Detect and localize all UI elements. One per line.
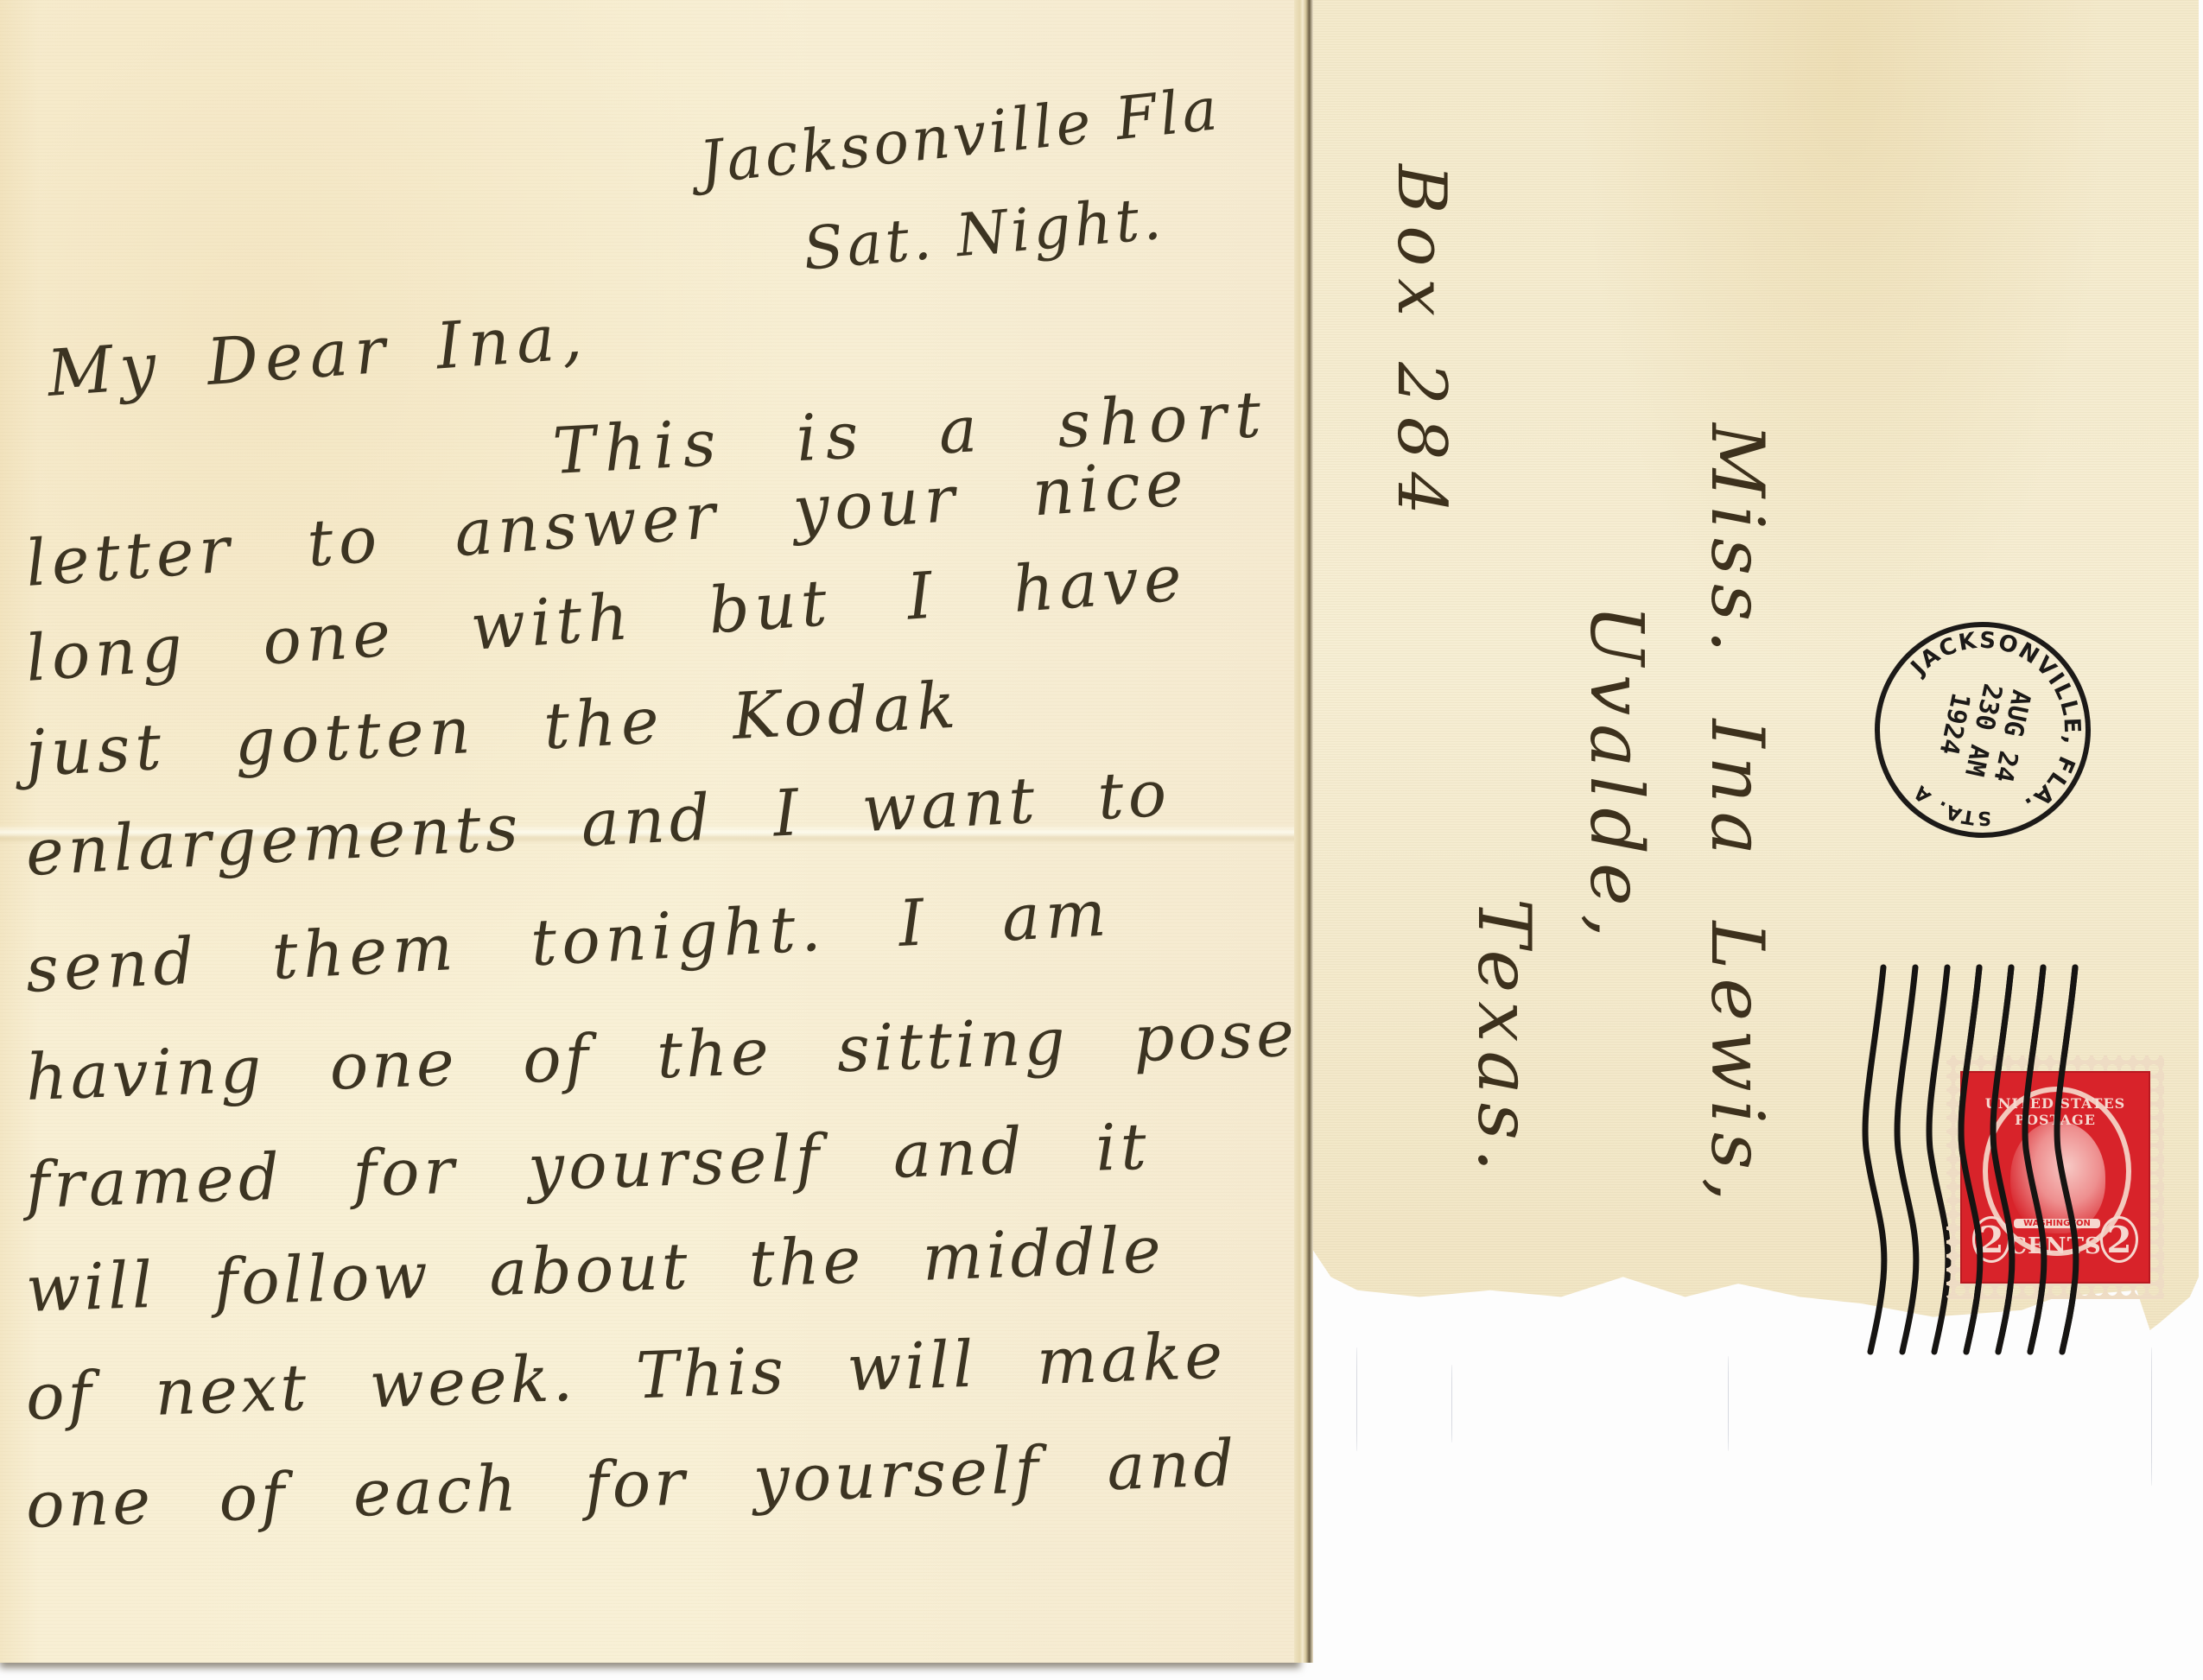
background-fiber — [1728, 1356, 1729, 1451]
stamp-portrait-icon — [2010, 1121, 2105, 1233]
background-fiber — [1451, 1365, 1452, 1442]
letter-line: of next week. This will make — [24, 1319, 1227, 1435]
letter-page: Jacksonville Fla Sat. Night. My Dear Ina… — [0, 0, 1300, 1663]
envelope-recipient-name: Miss. Ina Lewis, — [1695, 423, 1780, 1210]
letter-line: having one of the sitting pose — [24, 997, 1298, 1115]
letter-day: Sat. Night. — [801, 185, 1167, 284]
background-fiber — [2151, 1347, 2152, 1486]
stamp-portrait-label: WASHINGTON — [2014, 1219, 2100, 1228]
envelope-state: Texas. — [1462, 898, 1546, 1180]
postage-stamp: UNITED STATES POSTAGE WASHINGTON 2 2 CEN… — [1960, 1071, 2150, 1284]
envelope-city: Uvalde, — [1574, 605, 1659, 946]
background-fiber — [1356, 1347, 1357, 1451]
stamp-top-text: UNITED STATES POSTAGE — [1962, 1095, 2149, 1128]
letter-salutation: My Dear Ina, — [45, 299, 591, 411]
envelope-box-number: Box 284 — [1382, 164, 1460, 527]
stamp-cents-label: CENTS — [1962, 1233, 2149, 1259]
letter-line: will follow about the middle — [24, 1213, 1165, 1327]
letter-line: send them tonight. I am — [24, 876, 1113, 1007]
letter-page-edge — [1294, 0, 1313, 1663]
letter-place: Jacksonville Fla — [696, 75, 1224, 198]
letter-line: one of each for yourself and — [24, 1426, 1238, 1543]
postmark-ring-text: JACKSONVILLE, FLA. STA. A — [1861, 608, 2105, 852]
letter-line: framed for yourself and it — [24, 1110, 1152, 1223]
